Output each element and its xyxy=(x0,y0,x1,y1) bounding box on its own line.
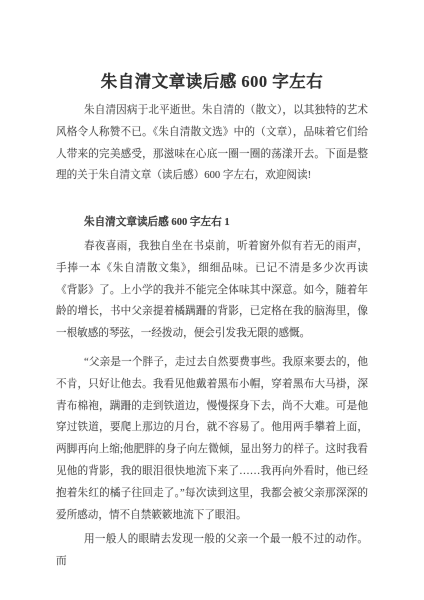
document-page: 朱自清文章读后感 600 字左右 朱自清因病于北平逝世。朱自清的（散文），以其独… xyxy=(0,0,424,600)
essay-paragraph-3: 用一般人的眼睛去发现一般的父亲一个最一般不过的动作。而 xyxy=(56,529,368,573)
document-title: 朱自清文章读后感 600 字左右 xyxy=(56,70,368,94)
intro-paragraph: 朱自清因病于北平逝世。朱自清的（散文），以其独特的艺术风格令人称赞不已。《朱自清… xyxy=(56,100,368,187)
section-heading: 朱自清文章读后感 600 字左右 1 xyxy=(56,212,368,234)
essay-paragraph-1: 春夜喜雨，我独自坐在书桌前，听着窗外似有若无的雨声，手捧一本《朱自清散文集》，细… xyxy=(56,236,368,345)
document-content: 朱自清文章读后感 600 字左右 朱自清因病于北平逝世。朱自清的（散文），以其独… xyxy=(0,0,424,573)
essay-paragraph-2: “父亲是一个胖子，走过去自然要费事些。我原来要去的，他不肯，只好让他去。我看见他… xyxy=(56,352,368,526)
